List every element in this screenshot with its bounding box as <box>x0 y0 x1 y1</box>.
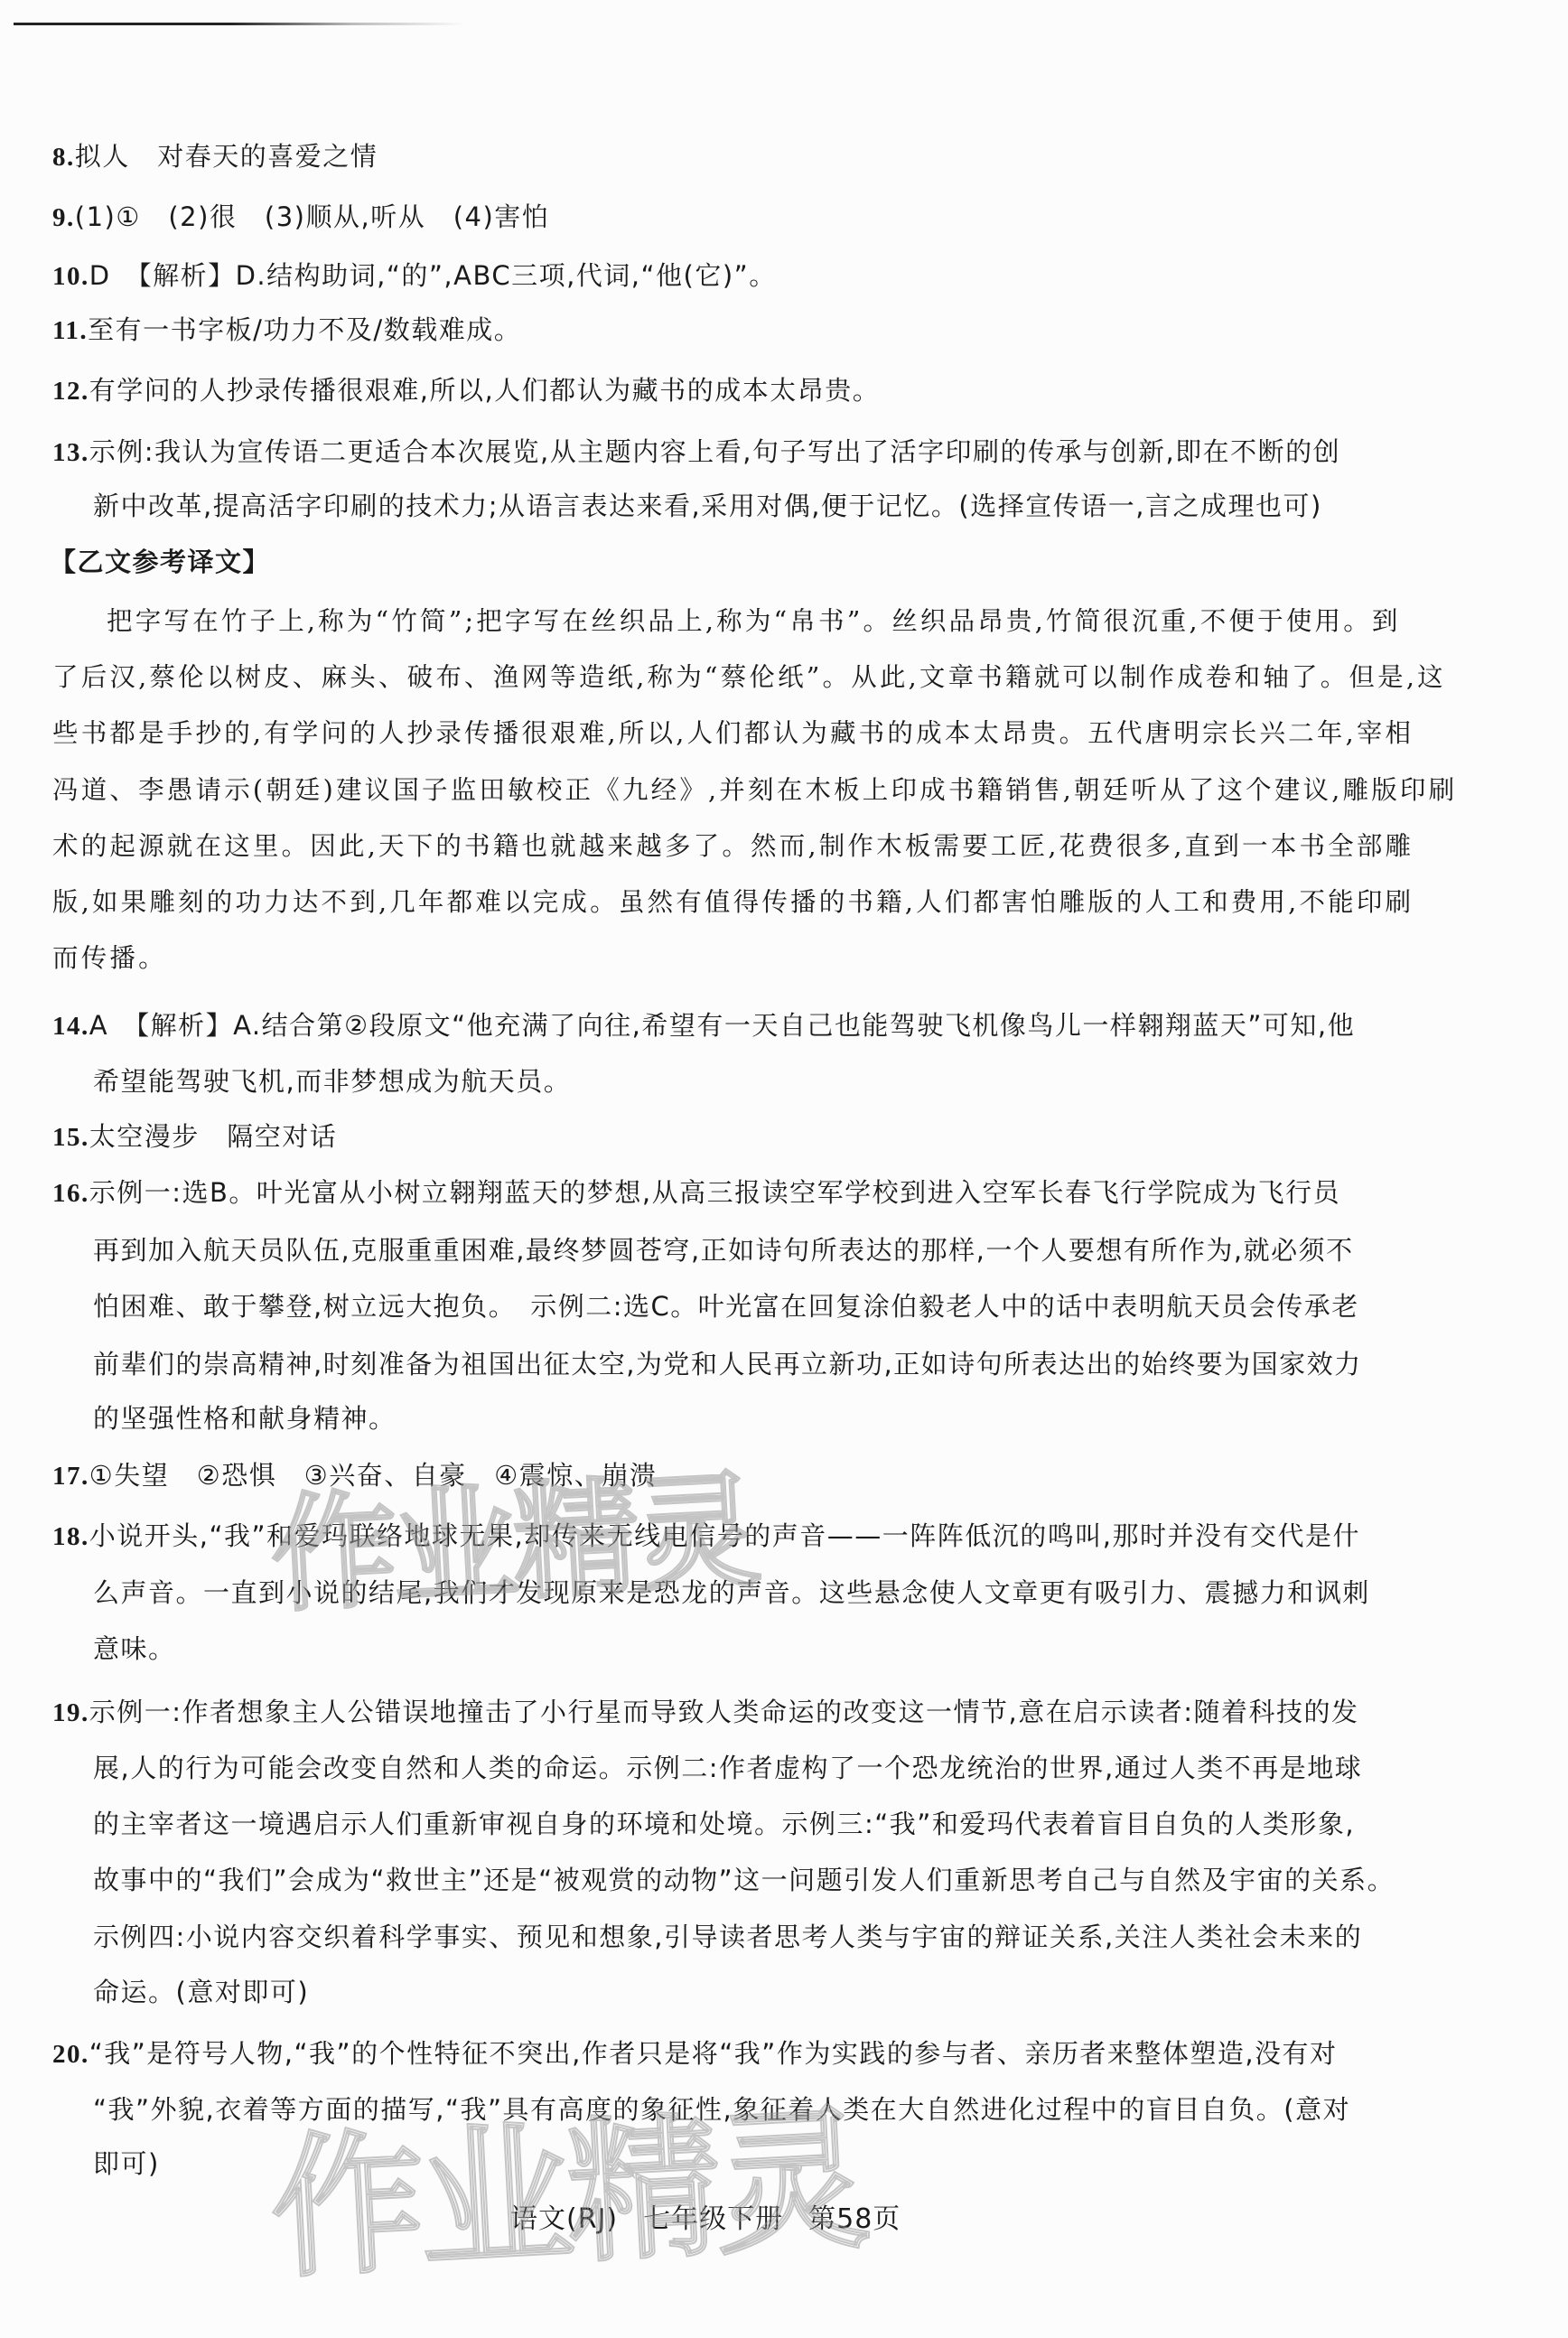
answer-14: 14.A 【解析】A.结合第②段原文“他充满了向往,希望有一天自己也能驾驶飞机像… <box>52 1007 1443 1044</box>
answer-19-cont: 的主宰者这一境遇启示人们重新审视自身的环境和处境。示例三:“我”和爱玛代表着盲目… <box>93 1806 1484 1842</box>
answer-14-cont: 希望能驾驶飞机,而非梦想成为航天员。 <box>93 1063 1484 1099</box>
answer-19-cont: 命运。(意对即可) <box>93 1974 1484 2010</box>
watermark: 作业精灵 <box>268 1469 759 1621</box>
translation-line: 版,如果雕刻的功力达不到,几年都难以完成。虽然有值得传播的书籍,人们都害怕雕版的… <box>52 884 1443 921</box>
translation-line: 而传播。 <box>52 940 1443 977</box>
answer-8: 8.拟人 对春天的喜爱之情 <box>52 138 1443 175</box>
answer-19-cont: 展,人的行为可能会改变自然和人类的命运。示例二:作者虚构了一个恐龙统治的世界,通… <box>93 1750 1484 1786</box>
answer-16: 16.示例一:选B。叶光富从小树立翱翔蓝天的梦想,从高三报读空军学校到进入空军长… <box>52 1174 1443 1211</box>
section-heading: 【乙文参考译文】 <box>50 544 1441 580</box>
translation-line: 冯道、李愚请示(朝廷)建议国子监田敏校正《九经》,并刻在木板上印成书籍销售,朝廷… <box>52 772 1443 809</box>
answer-13: 13.示例:我认为宣传语二更适合本次展览,从主题内容上看,句子写出了活字印刷的传… <box>52 434 1443 471</box>
answer-16-cont: 再到加入航天员队伍,克服重重困难,最终梦圆苍穹,正如诗句所表达的那样,一个人要想… <box>93 1232 1484 1268</box>
answer-16-cont: 的坚强性格和献身精神。 <box>93 1400 1484 1436</box>
top-rule <box>14 23 465 25</box>
translation-line: 术的起源就在这里。因此,天下的书籍也就越来越多了。然而,制作木板需要工匠,花费很… <box>52 828 1443 865</box>
answer-13-cont: 新中改革,提高活字印刷的技术力;从语言表达来看,采用对偶,便于记忆。(选择宣传语… <box>93 488 1484 524</box>
answer-16-cont: 怕困难、敢于攀登,树立远大抱负。 示例二:选C。叶光富在回复涂伯毅老人中的话中表… <box>93 1288 1484 1324</box>
translation-line: 了后汉,蔡伦以树皮、麻头、破布、渔网等造纸,称为“蔡伦纸”。从此,文章书籍就可以… <box>52 659 1443 696</box>
answer-19-cont: 示例四:小说内容交织着科学事实、预见和想象,引导读者思考人类与宇宙的辩证关系,关… <box>93 1919 1484 1955</box>
answer-16-cont: 前辈们的崇高精神,时刻准备为祖国出征太空,为党和人民再立新功,正如诗句所表达出的… <box>93 1346 1484 1382</box>
answer-18-cont: 意味。 <box>93 1631 1484 1667</box>
answer-9: 9.(1)① (2)很 (3)顺从,听从 (4)害怕 <box>52 199 1443 236</box>
translation-line: 些书都是手抄的,有学问的人抄录传播很艰难,所以,人们都认为藏书的成本太昂贵。五代… <box>52 715 1443 752</box>
watermark: 作业精灵 <box>267 2103 867 2287</box>
translation-line: 把字写在竹子上,称为“竹简”;把字写在丝织品上,称为“帛书”。丝织品昂贵,竹简很… <box>107 603 1498 640</box>
answer-10: 10.D 【解析】D.结构助词,“的”,ABC三项,代词,“他(它)”。 <box>52 257 1443 295</box>
answer-11: 11.至有一书字板/功力不及/数载难成。 <box>52 312 1443 349</box>
answer-19: 19.示例一:作者想象主人公错误地撞击了小行星而导致人类命运的改变这一情节,意在… <box>52 1694 1443 1731</box>
answer-19-cont: 故事中的“我们”会成为“救世主”还是“被观赏的动物”这一问题引发人们重新思考自己… <box>93 1862 1484 1898</box>
answer-12: 12.有学问的人抄录传播很艰难,所以,人们都认为藏书的成本太昂贵。 <box>52 372 1443 409</box>
answer-15: 15.太空漫步 隔空对话 <box>52 1118 1443 1155</box>
answer-20: 20.“我”是符号人物,“我”的个性特征不突出,作者只是将“我”作为实践的参与者… <box>52 2035 1443 2072</box>
